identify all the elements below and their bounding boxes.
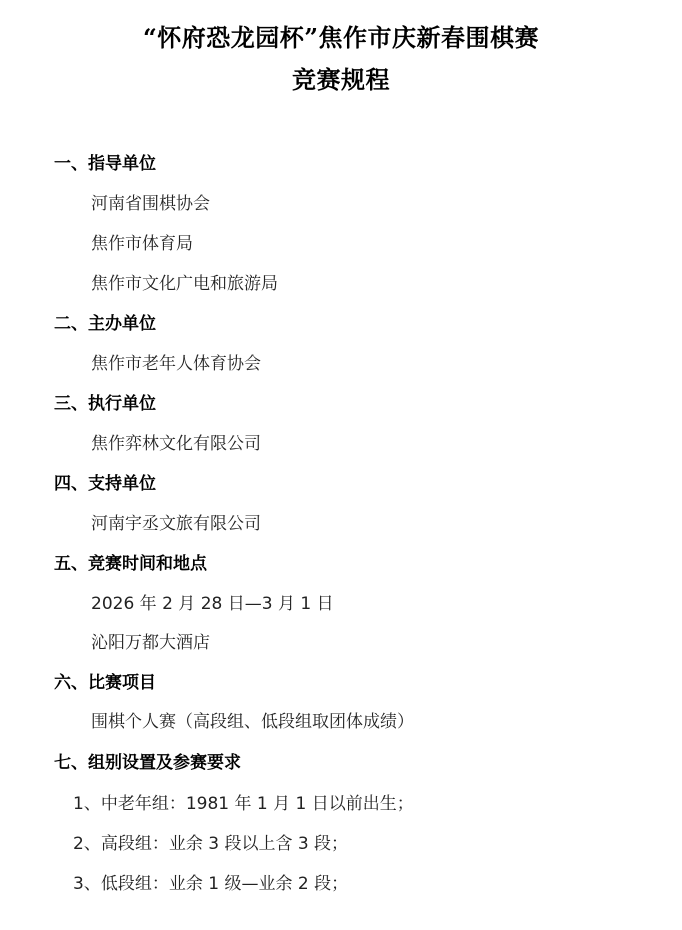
event-item-1: 围棋个人赛（高段组、低段组取团体成绩） (91, 710, 414, 734)
support-org-1: 河南宇丞文旅有限公司 (91, 512, 261, 536)
host-org-1: 焦作市老年人体育协会 (91, 352, 261, 376)
guidance-org-2: 焦作市体育局 (91, 232, 193, 256)
group-requirement-2: 2、高段组：业余 3 段以上含 3 段； (73, 832, 348, 856)
event-date: 2026 年 2 月 28 日—3 月 1 日 (91, 592, 334, 616)
group-requirement-1: 1、中老年组：1981 年 1 月 1 日以前出生； (73, 792, 414, 816)
executor-org-1: 焦作弈林文化有限公司 (91, 432, 261, 456)
section-heading-host: 二、主办单位 (54, 312, 156, 336)
section-heading-events: 六、比赛项目 (54, 671, 156, 695)
section-heading-time-place: 五、竞赛时间和地点 (54, 552, 207, 576)
guidance-org-3: 焦作市文化广电和旅游局 (91, 272, 278, 296)
section-heading-support: 四、支持单位 (54, 472, 156, 496)
section-heading-guidance: 一、指导单位 (54, 152, 156, 176)
group-requirement-3: 3、低段组：业余 1 级—业余 2 段； (73, 872, 348, 896)
section-heading-executor: 三、执行单位 (54, 392, 156, 416)
document-title: “怀府恐龙园杯”焦作市庆新春围棋赛 (0, 18, 682, 53)
event-venue: 沁阳万都大酒店 (91, 631, 210, 655)
guidance-org-1: 河南省围棋协会 (91, 192, 210, 216)
document-subtitle: 竞赛规程 (0, 60, 682, 95)
section-heading-groups: 七、组别设置及参赛要求 (54, 751, 241, 775)
